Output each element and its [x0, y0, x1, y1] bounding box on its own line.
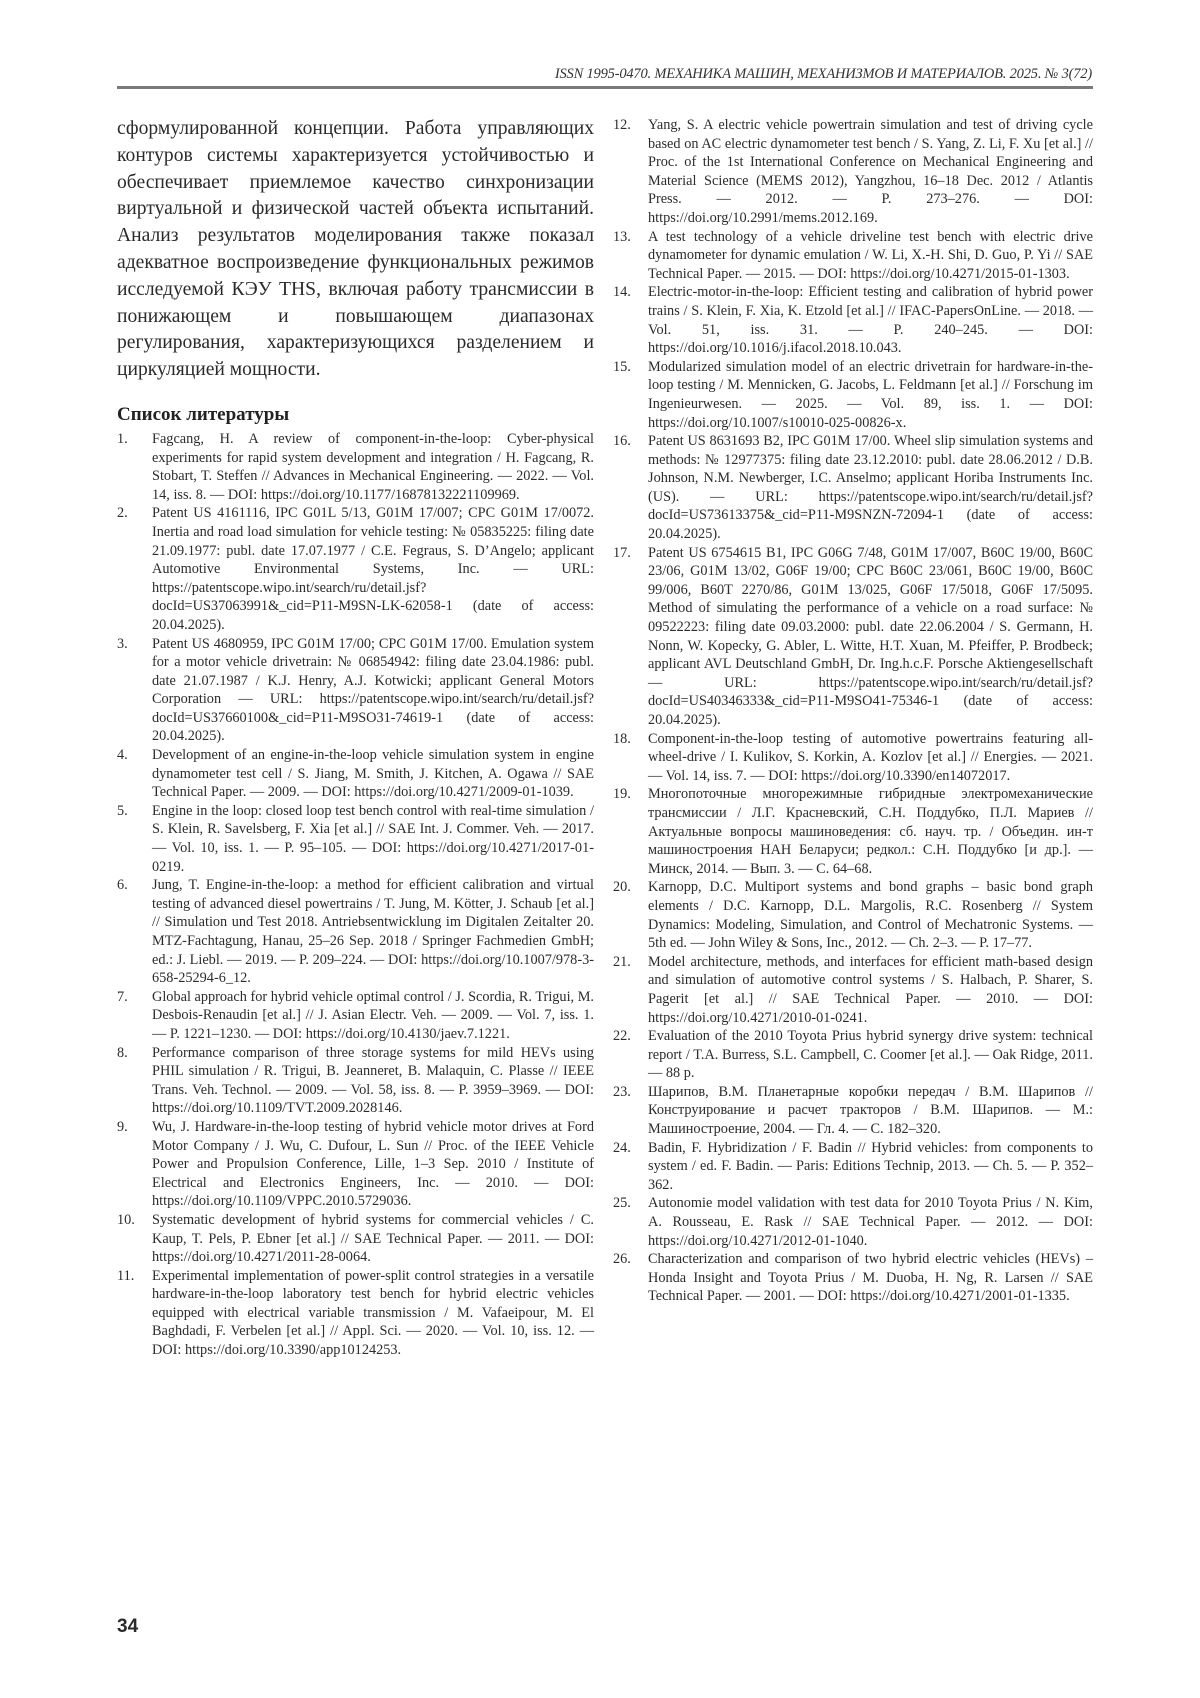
reference-item: 17.Patent US 6754615 B1, IPC G06G 7/48, …	[613, 544, 1093, 730]
reference-item: 10.Systematic development of hybrid syst…	[117, 1211, 594, 1267]
reference-item: 11.Experimental implementation of power-…	[117, 1267, 594, 1360]
reference-item: 19.Многопоточные многорежимные гибридные…	[613, 785, 1093, 878]
reference-item: 21.Model architecture, methods, and inte…	[613, 953, 1093, 1027]
reference-item: 7.Global approach for hybrid vehicle opt…	[117, 988, 594, 1044]
reference-item: 16.Patent US 8631693 B2, IPC G01M 17/00.…	[613, 432, 1093, 544]
reference-item: 8.Performance comparison of three storag…	[117, 1044, 594, 1118]
reference-item: 22.Evaluation of the 2010 Toyota Prius h…	[613, 1027, 1093, 1083]
references-list-left: 1.Fagcang, H. A review of component-in-t…	[117, 430, 594, 1360]
reference-item: 2.Patent US 4161116, IPC G01L 5/13, G01M…	[117, 504, 594, 634]
reference-item: 13.A test technology of a vehicle drivel…	[613, 228, 1093, 284]
reference-item: 25.Autonomie model validation with test …	[613, 1194, 1093, 1250]
right-column: 12.Yang, S. A electric vehicle powertrai…	[613, 116, 1093, 1306]
reference-item: 9.Wu, J. Hardware-in-the-loop testing of…	[117, 1118, 594, 1211]
reference-item: 23.Шарипов, В.М. Планетарные коробки пер…	[613, 1083, 1093, 1139]
reference-item: 18.Component-in-the-loop testing of auto…	[613, 730, 1093, 786]
reference-item: 5.Engine in the loop: closed loop test b…	[117, 802, 594, 876]
conclusion-paragraph: сформулированной концепции. Работа управ…	[117, 116, 594, 384]
header-divider	[117, 86, 1093, 89]
running-header: ISSN 1995-0470. МЕХАНИКА МАШИН, МЕХАНИЗМ…	[117, 66, 1092, 83]
reference-item: 6.Jung, T. Engine-in-the-loop: a method …	[117, 876, 594, 988]
reference-item: 15.Modularized simulation model of an el…	[613, 358, 1093, 432]
page-number: 34	[117, 1616, 138, 1638]
reference-item: 20.Karnopp, D.C. Multiport systems and b…	[613, 878, 1093, 952]
reference-item: 24.Badin, F. Hybridization / F. Badin //…	[613, 1139, 1093, 1195]
references-list-right: 12.Yang, S. A electric vehicle powertrai…	[613, 116, 1093, 1306]
reference-item: 14.Electric-motor-in-the-loop: Efficient…	[613, 283, 1093, 357]
reference-item: 1.Fagcang, H. A review of component-in-t…	[117, 430, 594, 504]
reference-item: 26.Characterization and comparison of tw…	[613, 1250, 1093, 1306]
left-column: сформулированной концепции. Работа управ…	[117, 116, 594, 1360]
reference-item: 12.Yang, S. A electric vehicle powertrai…	[613, 116, 1093, 228]
references-heading: Список литературы	[117, 404, 594, 426]
reference-item: 4.Development of an engine-in-the-loop v…	[117, 746, 594, 802]
reference-item: 3.Patent US 4680959, IPC G01M 17/00; CPC…	[117, 635, 594, 747]
